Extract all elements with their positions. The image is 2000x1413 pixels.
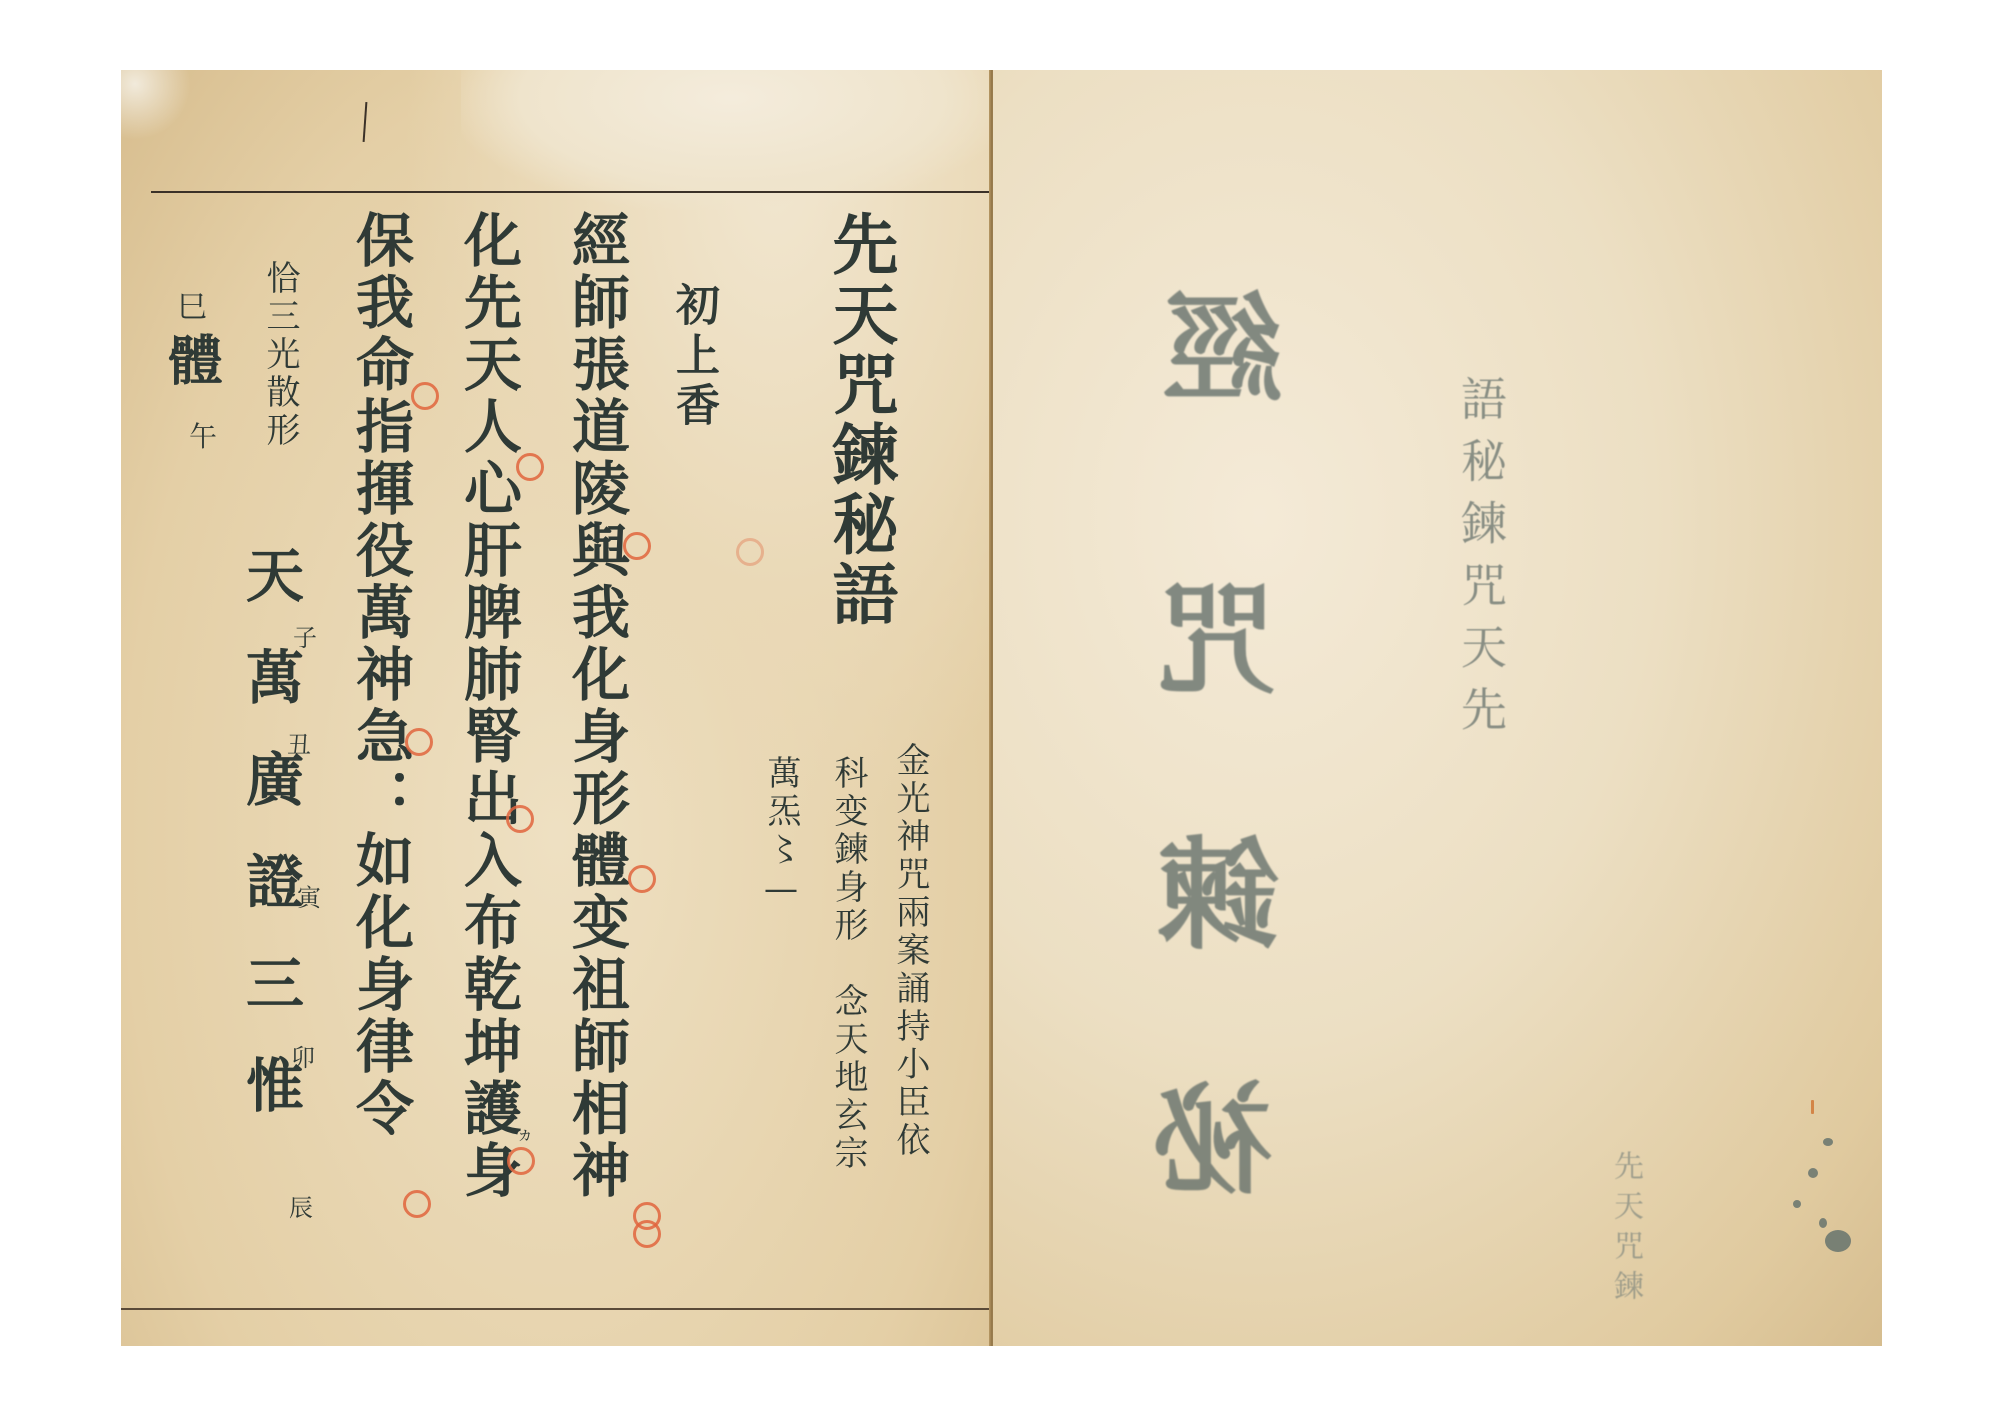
text-column-1: 經師張道陵與我化身形體变祖師相神 — [567, 210, 625, 1202]
note-small: ヵ — [516, 1120, 534, 1146]
faint-circle-mark — [736, 538, 764, 566]
note-chen: 辰 — [289, 1188, 313, 1223]
red-circle-mark — [628, 865, 656, 893]
text-column-2: 化先天人心肝脾肺腎出入布乾坤護身 — [459, 210, 517, 1202]
offset-character-2: 咒 — [1158, 545, 1278, 717]
ink-speck — [1808, 1168, 1818, 1178]
red-circle-mark — [507, 1147, 535, 1175]
offset-character-4: 祕 — [1153, 1045, 1273, 1217]
offset-small-column: 語秘鍊咒天先 — [1448, 375, 1514, 747]
annotation-column-1: 金光神咒兩案誦持小臣依 — [893, 742, 927, 1160]
red-circle-mark — [516, 453, 544, 481]
ink-blot — [1825, 1230, 1851, 1252]
text-column-4-small: 恰三光散形 — [263, 260, 297, 450]
section-heading: 初上香 — [671, 282, 715, 432]
margin-note-bottom: 午 — [189, 415, 217, 455]
red-circle-mark — [403, 1190, 431, 1218]
top-border-rule — [151, 191, 993, 193]
offset-character-3: 鍊 — [1158, 800, 1278, 972]
red-circle-mark — [405, 728, 433, 756]
note-chou: 丑 — [287, 725, 311, 760]
top-margin-mark — [363, 102, 368, 142]
text-column-3: 保我命指揮役萬神急：如化身律令 — [351, 210, 409, 1140]
ink-speck — [1823, 1138, 1833, 1146]
annotation-column-2: 科变鍊身形 念天地玄宗 — [831, 755, 865, 1173]
note-zi: 子 — [293, 618, 317, 653]
document-title: 先天咒鍊秘語 — [827, 210, 893, 630]
corner-wear — [121, 70, 191, 140]
red-circle-mark — [411, 382, 439, 410]
right-page: 經 咒 鍊 祕 語秘鍊咒天先 先天咒鍊 — [993, 70, 1882, 1346]
margin-character: 體 — [165, 332, 219, 390]
note-yin: 寅 — [297, 878, 321, 913]
annotation-column-3: 萬炁〻— — [764, 755, 798, 913]
bottom-border-rule — [121, 1308, 993, 1310]
note-mao: 卯 — [291, 1038, 315, 1073]
ink-speck — [1793, 1200, 1801, 1208]
left-page: 金光神咒兩案誦持小臣依 科变鍊身形 念天地玄宗 萬炁〻— 先天咒鍊秘語 初上香 … — [121, 70, 993, 1346]
red-circle-mark — [623, 532, 651, 560]
offset-bottom-column: 先天咒鍊 — [1603, 1150, 1647, 1310]
book-spread: 金光神咒兩案誦持小臣依 科变鍊身形 念天地玄宗 萬炁〻— 先天咒鍊秘語 初上香 … — [121, 70, 1882, 1346]
red-circle-mark — [506, 805, 534, 833]
red-circle-mark — [633, 1220, 661, 1248]
ink-speck — [1819, 1218, 1827, 1228]
offset-character-1: 經 — [1163, 255, 1283, 427]
red-mark — [1811, 1100, 1814, 1114]
water-stain — [461, 70, 1001, 210]
margin-note-top: 巳 — [177, 282, 207, 326]
